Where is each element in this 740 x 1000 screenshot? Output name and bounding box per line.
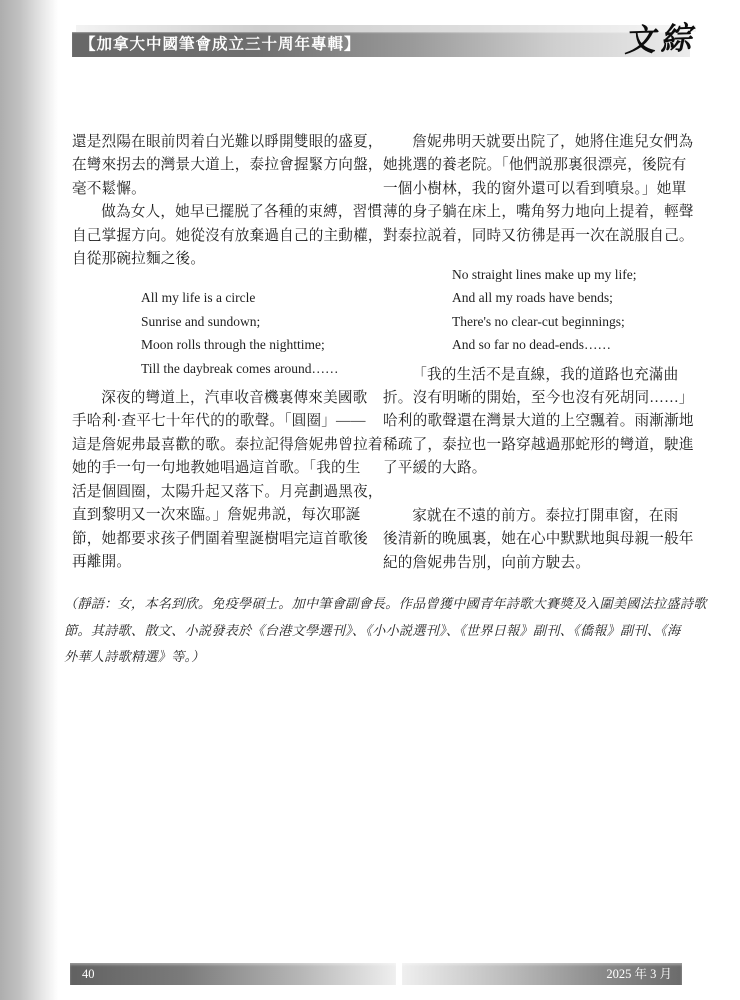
poem-quote: All my life is a circle Sunrise and sund… bbox=[141, 286, 380, 380]
text-line: 這是詹妮弗最喜歡的歌。泰拉記得詹妮弗曾拉着 bbox=[72, 434, 380, 457]
text-line: 「我的生活不是直線，我的道路也充滿曲 bbox=[383, 364, 691, 387]
header-bar: 【加拿大中國筆會成立三十周年專輯】 bbox=[72, 32, 690, 57]
poem-line: Till the daybreak comes around…… bbox=[141, 357, 380, 380]
text-line: 活是個圓圈，太陽升起又落下。月亮劃過黑夜， bbox=[72, 481, 380, 504]
text-line: 折。沒有明晰的開始，至今也沒有死胡同……」 bbox=[383, 387, 691, 410]
text-line: 對泰拉説着，同時又彷彿是再一次在説服自己。 bbox=[383, 225, 691, 248]
poem-line: Moon rolls through the nighttime; bbox=[141, 333, 380, 356]
text-line: 稀疏了，泰拉也一路穿越過那蛇形的彎道，駛進 bbox=[383, 434, 691, 457]
text-line: 再離開。 bbox=[72, 551, 380, 574]
footer-issue-date-bar: 2025 年 3 月 bbox=[402, 963, 682, 985]
text-line: 毫不鬆懈。 bbox=[72, 178, 380, 201]
poem-line: No straight lines make up my life; bbox=[452, 263, 691, 286]
text-line: 了平緩的大路。 bbox=[383, 457, 691, 480]
text-line: 她的手一句一句地教她唱過這首歌。「我的生 bbox=[72, 457, 380, 480]
paragraph: 還是烈陽在眼前閃着白光難以睜開雙眼的盛夏， 在彎來拐去的灣景大道上，泰拉會握緊方… bbox=[72, 131, 380, 201]
text-line: 一個小樹林，我的窗外還可以看到噴泉。」她單 bbox=[383, 178, 691, 201]
issue-date: 2025 年 3 月 bbox=[606, 967, 672, 981]
paragraph: 深夜的彎道上，汽車收音機裏傳來美國歌 手哈利·查平七十年代的的歌聲。「圓圈」——… bbox=[72, 387, 380, 574]
text-line: 自己掌握方向。她從沒有放棄過自己的主動權， bbox=[72, 225, 380, 248]
text-line: 哈利的歌聲還在灣景大道的上空飄着。雨漸漸地 bbox=[383, 410, 691, 433]
bio-line: 外華人詩歌精選》等。） bbox=[64, 644, 704, 671]
text-line: 後清新的晚風裏，她在心中默默地與母親一般年 bbox=[383, 528, 691, 551]
paragraph: 做為女人，她早已擺脱了各種的束縛，習慣 自己掌握方向。她從沒有放棄過自己的主動權… bbox=[72, 201, 380, 271]
footer-page-number-bar: 40 bbox=[70, 963, 396, 985]
author-bio-note: （靜語：女，本名到欣。免疫學碩士。加中筆會副會長。作品曾獲中國青年詩歌大賽獎及入… bbox=[64, 591, 704, 671]
text-line: 詹妮弗明天就要出院了，她將住進兒女們為 bbox=[383, 131, 691, 154]
text-line: 手哈利·查平七十年代的的歌聲。「圓圈」—— bbox=[72, 410, 380, 433]
magazine-logo: 文綜 bbox=[623, 13, 697, 60]
text-line: 在彎來拐去的灣景大道上，泰拉會握緊方向盤， bbox=[72, 154, 380, 177]
poem-quote: No straight lines make up my life; And a… bbox=[452, 263, 691, 357]
left-column: 還是烈陽在眼前閃着白光難以睜開雙眼的盛夏， 在彎來拐去的灣景大道上，泰拉會握緊方… bbox=[72, 131, 380, 574]
text-line: 她挑選的養老院。「他們説那裏很漂亮，後院有 bbox=[383, 154, 691, 177]
text-line: 紀的詹妮弗告別，向前方駛去。 bbox=[383, 552, 691, 575]
page-edge-shadow bbox=[0, 0, 58, 1000]
text-line: 薄的身子躺在床上，嘴角努力地向上提着，輕聲 bbox=[383, 201, 691, 224]
header-strip bbox=[76, 25, 696, 32]
page-number: 40 bbox=[82, 967, 95, 981]
poem-line: And all my roads have bends; bbox=[452, 286, 691, 309]
magazine-page: 【加拿大中國筆會成立三十周年專輯】 文綜 還是烈陽在眼前閃着白光難以睜開雙眼的盛… bbox=[0, 0, 740, 1000]
text-line: 直到黎明又一次來臨。」詹妮弗説，每次耶誕 bbox=[72, 504, 380, 527]
text-line: 做為女人，她早已擺脱了各種的束縛，習慣 bbox=[72, 201, 380, 224]
series-title: 【加拿大中國筆會成立三十周年專輯】 bbox=[80, 36, 361, 53]
poem-line: And so far no dead-ends…… bbox=[452, 333, 691, 356]
paragraph: 家就在不遠的前方。泰拉打開車窗，在雨 後清新的晚風裏，她在心中默默地與母親一般年… bbox=[383, 505, 691, 575]
paragraph: 「我的生活不是直線，我的道路也充滿曲 折。沒有明晰的開始，至今也沒有死胡同……」… bbox=[383, 364, 691, 481]
text-line: 家就在不遠的前方。泰拉打開車窗，在雨 bbox=[383, 505, 691, 528]
text-line: 自從那碗拉麵之後。 bbox=[72, 248, 380, 271]
poem-line: All my life is a circle bbox=[141, 286, 380, 309]
bio-line: 節。其詩歌、散文、小説發表於《台港文學選刊》、《小小説選刊》、《世界日報》副刊、… bbox=[64, 618, 704, 645]
paragraph: 詹妮弗明天就要出院了，她將住進兒女們為 她挑選的養老院。「他們説那裏很漂亮，後院… bbox=[383, 131, 691, 248]
bio-line: （靜語：女，本名到欣。免疫學碩士。加中筆會副會長。作品曾獲中國青年詩歌大賽獎及入… bbox=[64, 591, 704, 618]
text-line: 還是烈陽在眼前閃着白光難以睜開雙眼的盛夏， bbox=[72, 131, 380, 154]
text-line: 節，她都要求孩子們圍着聖誕樹唱完這首歌後 bbox=[72, 528, 380, 551]
poem-line: There's no clear-cut beginnings; bbox=[452, 310, 691, 333]
right-column: 詹妮弗明天就要出院了，她將住進兒女們為 她挑選的養老院。「他們説那裏很漂亮，後院… bbox=[383, 131, 691, 575]
text-line: 深夜的彎道上，汽車收音機裏傳來美國歌 bbox=[72, 387, 380, 410]
poem-line: Sunrise and sundown; bbox=[141, 310, 380, 333]
